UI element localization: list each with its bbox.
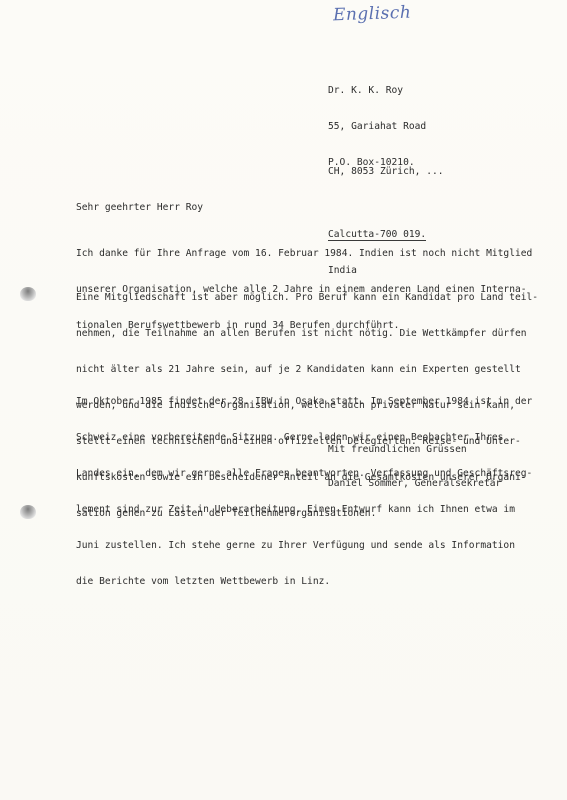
- recipient-street: 55, Gariahat Road: [328, 121, 426, 133]
- paragraph-line: Ich danke für Ihre Anfrage vom 16. Febru…: [76, 248, 532, 260]
- paragraph-line: Schweiz eine vorbereitende Sitzung. Gern…: [76, 432, 532, 444]
- paragraph-line: lement sind zur Zeit in Ueberarbeitung. …: [76, 504, 532, 516]
- paragraph-line: die Berichte vom letzten Wettbewerb in L…: [76, 576, 532, 588]
- letter-page: Englisch Dr. K. K. Roy 55, Gariahat Road…: [0, 0, 567, 800]
- paragraph-3: Im Oktober 1985 findet der 28. IBW in Os…: [76, 372, 532, 612]
- handwritten-annotation: Englisch: [333, 3, 412, 26]
- signature: Daniel Sommer, Generalsekretär: [328, 478, 501, 490]
- paragraph-line: nehmen, die Teilnahme an allen Berufen i…: [76, 328, 538, 340]
- punch-hole-icon: [20, 505, 36, 519]
- sender-place-date: CH, 8053 Zürich, ...: [328, 166, 444, 178]
- paragraph-line: Im Oktober 1985 findet der 28. IBW in Os…: [76, 396, 532, 408]
- paragraph-line: Juni zustellen. Ich stehe gerne zu Ihrer…: [76, 540, 532, 552]
- salutation: Sehr geehrter Herr Roy: [76, 202, 203, 214]
- closing: Mit freundlichen Grüssen: [328, 444, 467, 456]
- recipient-name: Dr. K. K. Roy: [328, 85, 426, 97]
- paragraph-line: Eine Mitgliedschaft ist aber möglich. Pr…: [76, 292, 538, 304]
- punch-hole-icon: [20, 287, 36, 301]
